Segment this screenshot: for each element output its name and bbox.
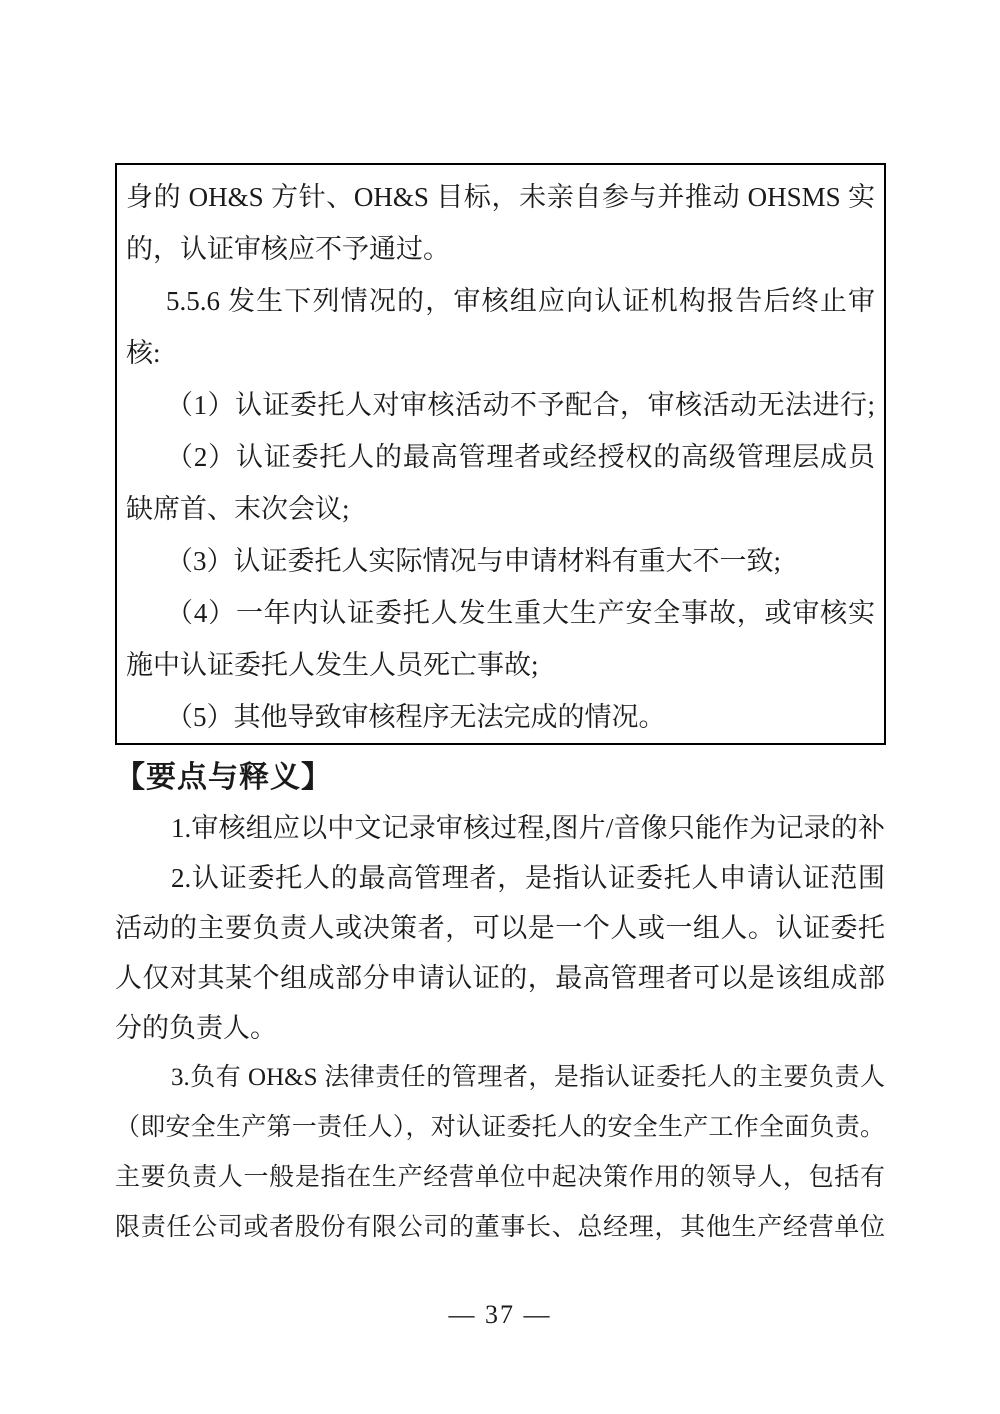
text-line: 缺席首、末次会议; — [126, 483, 875, 535]
text-line: （2）认证委托人的最高管理者或经授权的高级管理层成员 — [126, 431, 875, 483]
document-page: 身的 OH&S 方针、OH&S 目标，未亲自参与并推动 OHSMS 实施 的，认… — [0, 0, 1000, 1414]
text-line: 分的负责人。 — [115, 1003, 885, 1053]
text-line: 活动的主要负责人或决策者，可以是一个人或一组人。认证委托 — [115, 903, 885, 953]
text-line: 3.负有 OH&S 法律责任的管理者，是指认证委托人的主要负责人 — [115, 1053, 885, 1103]
clause-box: 身的 OH&S 方针、OH&S 目标，未亲自参与并推动 OHSMS 实施 的，认… — [115, 163, 886, 745]
text-line: 主要负责人一般是指在生产经营单位中起决策作用的领导人，包括有 — [115, 1153, 885, 1203]
text-line: 1.审核组应以中文记录审核过程,图片/音像只能作为记录的补充。 — [115, 803, 885, 853]
text-line: 人仅对其某个组成部分申请认证的，最高管理者可以是该组成部 — [115, 953, 885, 1003]
text-line: 的，认证审核应不予通过。 — [126, 223, 875, 275]
text-line: （即安全生产第一责任人），对认证委托人的安全生产工作全面负责。 — [115, 1103, 885, 1153]
text-line: （3）认证委托人实际情况与申请材料有重大不一致; — [126, 535, 875, 587]
text-line: （5）其他导致审核程序无法完成的情况。 — [126, 691, 875, 743]
text-line: 5.5.6 发生下列情况的，审核组应向认证机构报告后终止审 — [126, 275, 875, 327]
key-points-section: 【要点与释义】 1.审核组应以中文记录审核过程,图片/音像只能作为记录的补充。 … — [115, 753, 885, 1253]
text-line: 核: — [126, 327, 875, 379]
section-heading: 【要点与释义】 — [115, 753, 885, 803]
text-line: （4）一年内认证委托人发生重大生产安全事故，或审核实 — [126, 587, 875, 639]
text-line: 限责任公司或者股份有限公司的董事长、总经理，其他生产经营单位 — [115, 1203, 885, 1253]
page-number: — 37 — — [0, 1293, 1000, 1337]
text-line: 2.认证委托人的最高管理者，是指认证委托人申请认证范围 — [115, 853, 885, 903]
text-line: 施中认证委托人发生人员死亡事故; — [126, 639, 875, 691]
text-line: （1）认证委托人对审核活动不予配合，审核活动无法进行; — [126, 379, 875, 431]
text-line: 身的 OH&S 方针、OH&S 目标，未亲自参与并推动 OHSMS 实施 — [126, 171, 875, 223]
